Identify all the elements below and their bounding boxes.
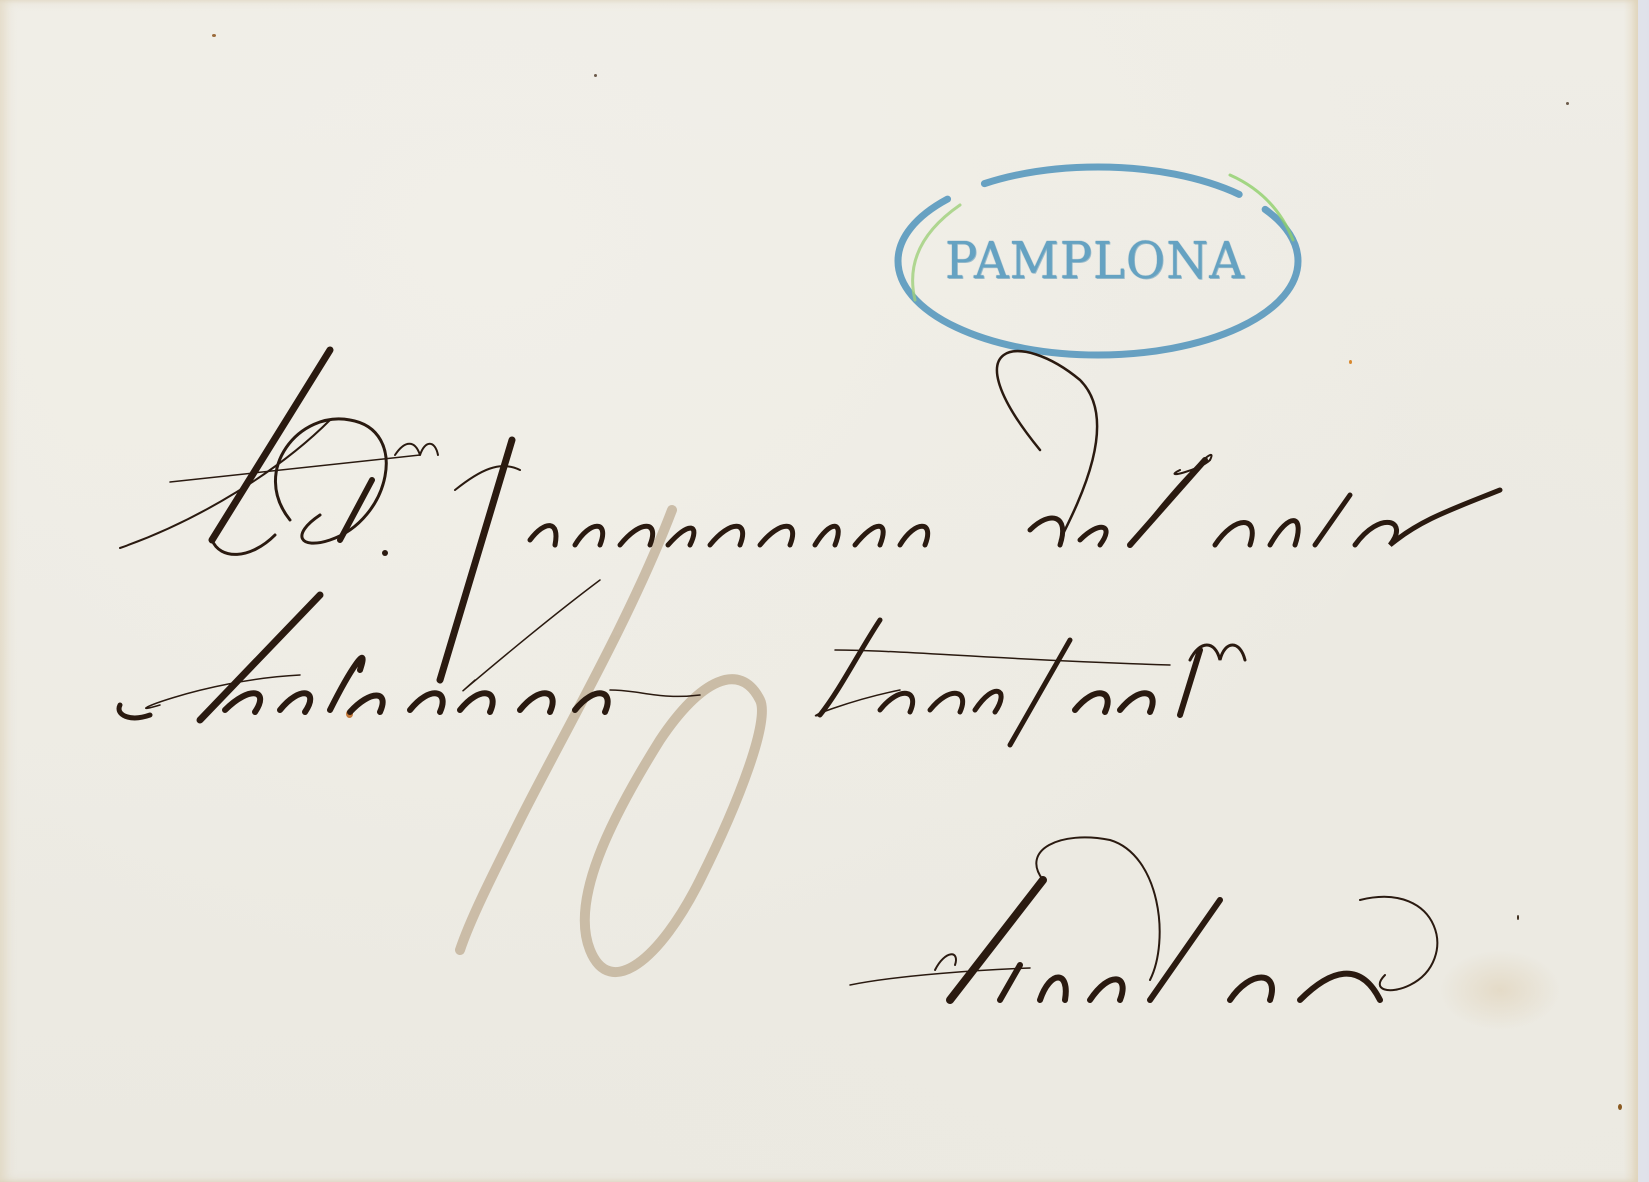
postmark-text: PAMPLONA — [930, 232, 1260, 291]
ink-layer — [0, 0, 1649, 1182]
handwriting-line-2 — [119, 595, 1245, 745]
rate-mark-10 — [460, 510, 762, 972]
handwriting-word-paula — [1130, 455, 1500, 545]
handwriting-line-3 — [850, 837, 1437, 1000]
handwriting-line-1 — [120, 350, 600, 691]
handwriting-word-de — [997, 351, 1106, 545]
handwriting-word-francisco — [530, 526, 928, 545]
